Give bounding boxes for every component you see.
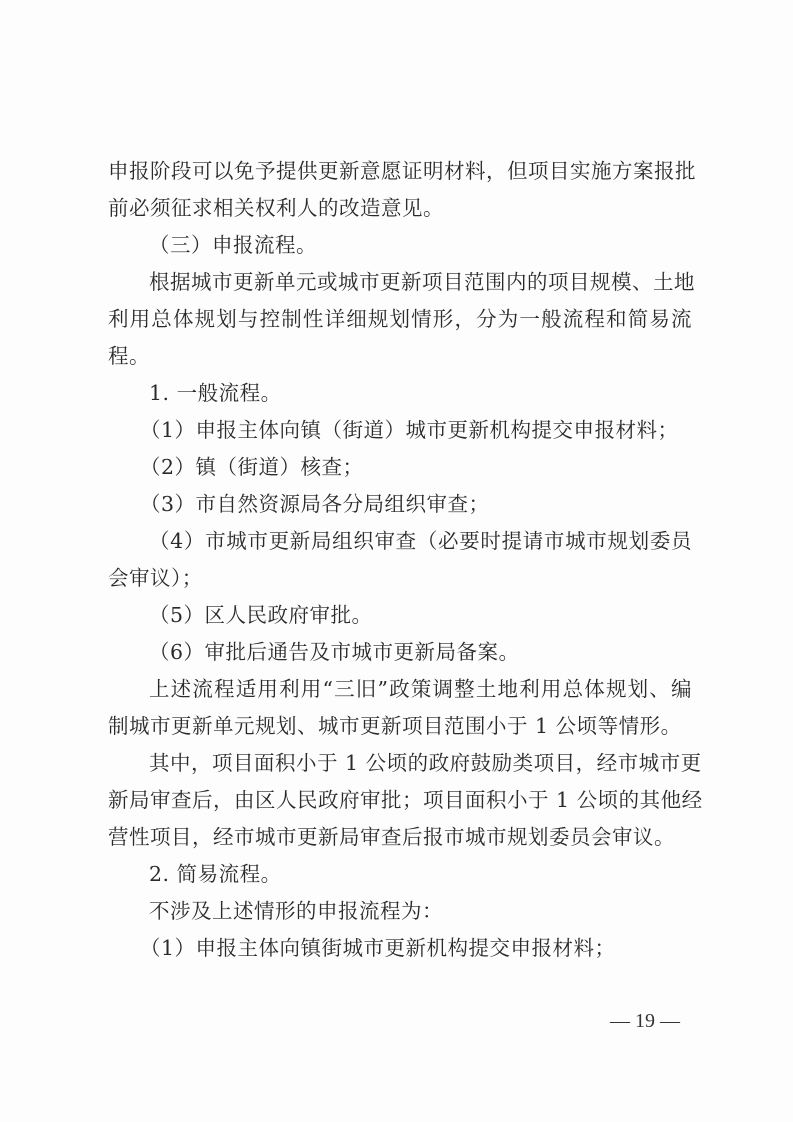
paragraph-line: 制城市更新单元规划、城市更新项目范围小于 1 公顷等情形。 [108, 708, 692, 745]
paragraph-line: 利用总体规划与控制性详细规划情形，分为一般流程和简易流 [108, 301, 692, 338]
section-heading-application-process: （三）申报流程。 [108, 227, 692, 264]
paragraph-line: 不涉及上述情形的申报流程为： [108, 893, 692, 930]
list-item-step-5: （5）区人民政府审批。 [108, 597, 692, 634]
subheading-simple-process: 2. 简易流程。 [108, 856, 692, 893]
document-body: 申报阶段可以免予提供更新意愿证明材料，但项目实施方案报批 前必须征求相关权利人的… [108, 153, 692, 967]
list-item-step-4-cont: 会审议）； [108, 560, 692, 597]
paragraph-line: 程。 [108, 338, 692, 375]
paragraph-line: 前必须征求相关权利人的改造意见。 [108, 190, 692, 227]
paragraph-line: 营性项目，经市城市更新局审查后报市城市规划委员会审议。 [108, 819, 692, 856]
page-number: — 19 — [600, 1010, 690, 1033]
paragraph-line: 新局审查后，由区人民政府审批；项目面积小于 1 公顷的其他经 [108, 782, 692, 819]
list-item-step-3: （3）市自然资源局各分局组织审查； [108, 486, 692, 523]
subheading-general-process: 1. 一般流程。 [108, 375, 692, 412]
paragraph-line: 上述流程适用利用“三旧”政策调整土地利用总体规划、编 [108, 671, 692, 708]
document-page: 申报阶段可以免予提供更新意愿证明材料，但项目实施方案报批 前必须征求相关权利人的… [0, 0, 793, 1122]
paragraph-line: 申报阶段可以免予提供更新意愿证明材料，但项目实施方案报批 [108, 153, 692, 190]
list-item-step-6: （6）审批后通告及市城市更新局备案。 [108, 634, 692, 671]
list-item-simple-step-1: （1）申报主体向镇街城市更新机构提交申报材料； [108, 930, 692, 967]
paragraph-line: 根据城市更新单元或城市更新项目范围内的项目规模、土地 [108, 264, 692, 301]
paragraph-line: 其中，项目面积小于 1 公顷的政府鼓励类项目，经市城市更 [108, 745, 692, 782]
list-item-step-1: （1）申报主体向镇（街道）城市更新机构提交申报材料； [108, 412, 692, 449]
list-item-step-2: （2）镇（街道）核查； [108, 449, 692, 486]
list-item-step-4: （4）市城市更新局组织审查（必要时提请市城市规划委员 [108, 523, 692, 560]
